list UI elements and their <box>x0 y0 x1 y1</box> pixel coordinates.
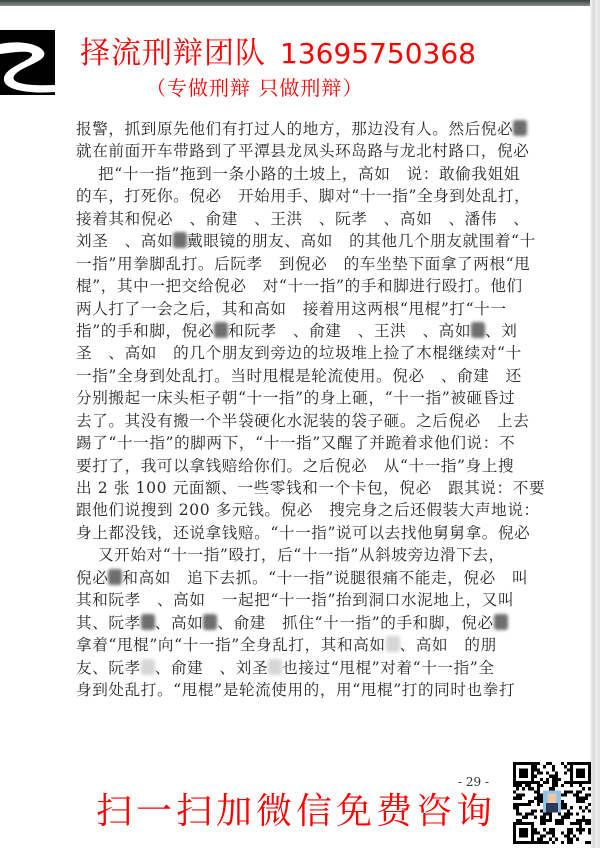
text-line: 身到处乱打。“甩棍”是轮流使用的，用“甩棍”打的同时也拳打 <box>76 679 552 701</box>
text-line: 其和阮孝 、高如 一起把“十一指”抬到洞口水泥地上，又叫 <box>76 589 552 611</box>
text-line: 就在前面开车带路到了平潭县龙凤头环岛路与龙北村路口，倪必 <box>76 140 552 162</box>
text-segment: 、高如 的朋 <box>400 636 497 654</box>
text-segment: 戴眼镜的朋友、高如 的其他几个朋友就围着“十 <box>187 232 536 250</box>
text-line: 把“十一指”拖到一条小路的土坡上，高如 说：敢偷我姐姐 <box>76 163 552 185</box>
text-segment: 棍”，其中一把交给倪必 对“十一指”的手和脚进行殴打。他们 <box>76 277 523 295</box>
text-segment: 、俞建 、刘圣 <box>155 659 268 677</box>
text-segment: 其、阮孝 <box>76 614 141 632</box>
scan-right-edge <box>590 0 600 848</box>
text-line: 其、阮孝、高如、俞建 抓住“十一指”的手和脚，倪必 <box>76 612 552 634</box>
text-line: 拿着“甩棍”向“十一指”全身乱打，其和高如、高如 的朋 <box>76 634 552 656</box>
text-segment: 、高如 <box>155 614 204 632</box>
text-line: 圣 、高如 的几个朋友到旁边的垃圾堆上捡了木棍继续对“十 <box>76 342 552 364</box>
text-segment: 圣 、高如 的几个朋友到旁边的垃圾堆上捡了木棍继续对“十 <box>76 344 522 362</box>
text-segment: 身上都没钱，还说拿钱赔。“十一指”说可以去找他舅舅拿。倪必 <box>76 524 530 542</box>
redaction-blur <box>141 614 155 630</box>
redaction-blur <box>386 636 400 652</box>
redaction-blur <box>268 659 282 675</box>
text-line: 刘圣 、高如戴眼镜的朋友、高如 的其他几个朋友就围着“十 <box>76 230 552 252</box>
redaction-blur <box>471 322 485 338</box>
text-segment: 跟他们说搜到 200 多元钱。倪必 搜完身之后还假装大声地说： <box>76 501 540 519</box>
text-segment: 和阮孝 、俞建 、王洪 、高如 <box>228 322 471 340</box>
text-line: 的车，打死你。倪必 开始用手、脚对“十一指”全身到处乱打， <box>76 185 552 207</box>
redaction-blur <box>513 120 527 136</box>
winding-road-logo-icon <box>0 30 55 95</box>
text-segment: 接着其和倪必 、俞建 、王洪 、阮孝 、高如 、潘伟 、 <box>76 210 529 228</box>
text-segment: 拿着“甩棍”向“十一指”全身乱打，其和高如 <box>76 636 386 654</box>
text-segment: 把“十一指”拖到一条小路的土坡上，高如 说：敢偷我姐姐 <box>98 165 520 183</box>
text-line: 出 2 张 100 元面额、一些零钱和一个卡包，倪必 跟其说：不要 <box>76 477 552 499</box>
text-segment: 指”的手和脚，倪必 <box>76 322 214 340</box>
text-segment: 的车，打死你。倪必 开始用手、脚对“十一指”全身到处乱打， <box>76 187 530 205</box>
text-segment: 刘圣 、高如 <box>76 232 173 250</box>
text-line: 指”的手和脚，倪必和阮孝 、俞建 、王洪 、高如、刘 <box>76 320 552 342</box>
text-line: 一指”全身到处乱打。当时甩棍是轮流使用。倪必 、俞建 还 <box>76 365 552 387</box>
text-segment: 去了。其没有搬一个半袋硬化水泥装的袋子砸。之后倪必 上去 <box>76 412 529 430</box>
banner-title: 择流刑辩团队13695750368 <box>80 36 476 72</box>
footer-cta: 扫一扫加微信免费咨询 <box>96 790 496 834</box>
text-segment: 踢了“十一指”的脚两下，“十一指”又醒了并跪着求他们说：不 <box>76 434 515 452</box>
text-segment: 一指”全身到处乱打。当时甩棍是轮流使用。倪必 、俞建 还 <box>76 367 522 385</box>
text-segment: 其和阮孝 、高如 一起把“十一指”抬到洞口水泥地上，又叫 <box>76 591 514 609</box>
text-line: 两人打了一会之后，其和高如 接着用这两根“甩棍”打“十一 <box>76 298 552 320</box>
redaction-blur <box>141 659 155 675</box>
text-line: 踢了“十一指”的脚两下，“十一指”又醒了并跪着求他们说：不 <box>76 432 552 454</box>
text-segment: 又开始对“十一指”殴打，后“十一指”从斜坡旁边滑下去， <box>98 546 505 564</box>
text-segment: 、俞建 抓住“十一指”的手和脚，倪必 <box>217 614 493 632</box>
text-segment: 和高如 追下去抓。“十一指”说腿很痛不能走，倪必 叫 <box>122 569 528 587</box>
text-segment: 一指”用拳脚乱打。后阮孝 到倪必 的车坐垫下面拿了两根“甩 <box>76 255 530 273</box>
text-line: 跟他们说搜到 200 多元钱。倪必 搜完身之后还假装大声地说： <box>76 499 552 521</box>
text-segment: 就在前面开车带路到了平潭县龙凤头环岛路与龙北村路口，倪必 <box>76 142 529 160</box>
text-segment: 出 2 张 100 元面额、一些零钱和一个卡包，倪必 跟其说：不要 <box>76 479 545 497</box>
text-segment: 要打了，我可以拿钱赔给你们。之后倪必 从“十一指”身上搜 <box>76 457 514 475</box>
text-line: 分别搬起一床头柜子朝“十一指”的身上砸，“十一指”被砸昏过 <box>76 387 552 409</box>
text-line: 接着其和倪必 、俞建 、王洪 、阮孝 、高如 、潘伟 、 <box>76 208 552 230</box>
text-segment: 报警，抓到原先他们有打过人的地方，那边没有人。然后倪必 <box>76 120 513 138</box>
text-segment: 倪必 <box>76 569 108 587</box>
redaction-blur <box>214 322 228 338</box>
redaction-blur <box>108 569 122 585</box>
text-segment: 两人打了一会之后，其和高如 接着用这两根“甩棍”打“十一 <box>76 300 507 318</box>
text-line: 要打了，我可以拿钱赔给你们。之后倪必 从“十一指”身上搜 <box>76 455 552 477</box>
text-line: 又开始对“十一指”殴打，后“十一指”从斜坡旁边滑下去， <box>76 544 552 566</box>
redaction-blur <box>203 614 217 630</box>
text-segment: 分别搬起一床头柜子朝“十一指”的身上砸，“十一指”被砸昏过 <box>76 389 515 407</box>
text-line: 友、阮孝、俞建 、刘圣也接过“甩棍”对着“十一指”全 <box>76 657 552 679</box>
redaction-blur <box>173 232 187 248</box>
text-line: 去了。其没有搬一个半袋硬化水泥装的袋子砸。之后倪必 上去 <box>76 410 552 432</box>
text-segment: 友、阮孝 <box>76 659 141 677</box>
page-number: - 29 - <box>458 775 489 789</box>
document-body: 报警，抓到原先他们有打过人的地方，那边没有人。然后倪必就在前面开车带路到了平潭县… <box>76 118 552 701</box>
qr-code-icon[interactable] <box>513 762 591 844</box>
phone-number[interactable]: 13695750368 <box>280 37 476 70</box>
text-segment: 身到处乱打。“甩棍”是轮流使用的，用“甩棍”打的同时也拳打 <box>76 681 515 699</box>
text-line: 倪必和高如 追下去抓。“十一指”说腿很痛不能走，倪必 叫 <box>76 567 552 589</box>
text-line: 棍”，其中一把交给倪必 对“十一指”的手和脚进行殴打。他们 <box>76 275 552 297</box>
text-line: 身上都没钱，还说拿钱赔。“十一指”说可以去找他舅舅拿。倪必 <box>76 522 552 544</box>
text-line: 报警，抓到原先他们有打过人的地方，那边没有人。然后倪必 <box>76 118 552 140</box>
team-name: 择流刑辩团队 <box>80 36 266 71</box>
text-segment: 、刘 <box>485 322 517 340</box>
scan-top-edge <box>0 0 600 6</box>
banner-subtitle: （专做刑辩 只做刑辩） <box>146 76 363 100</box>
redaction-blur <box>494 614 508 630</box>
text-segment: 也接过“甩棍”对着“十一指”全 <box>282 659 494 677</box>
text-line: 一指”用拳脚乱打。后阮孝 到倪必 的车坐垫下面拿了两根“甩 <box>76 253 552 275</box>
